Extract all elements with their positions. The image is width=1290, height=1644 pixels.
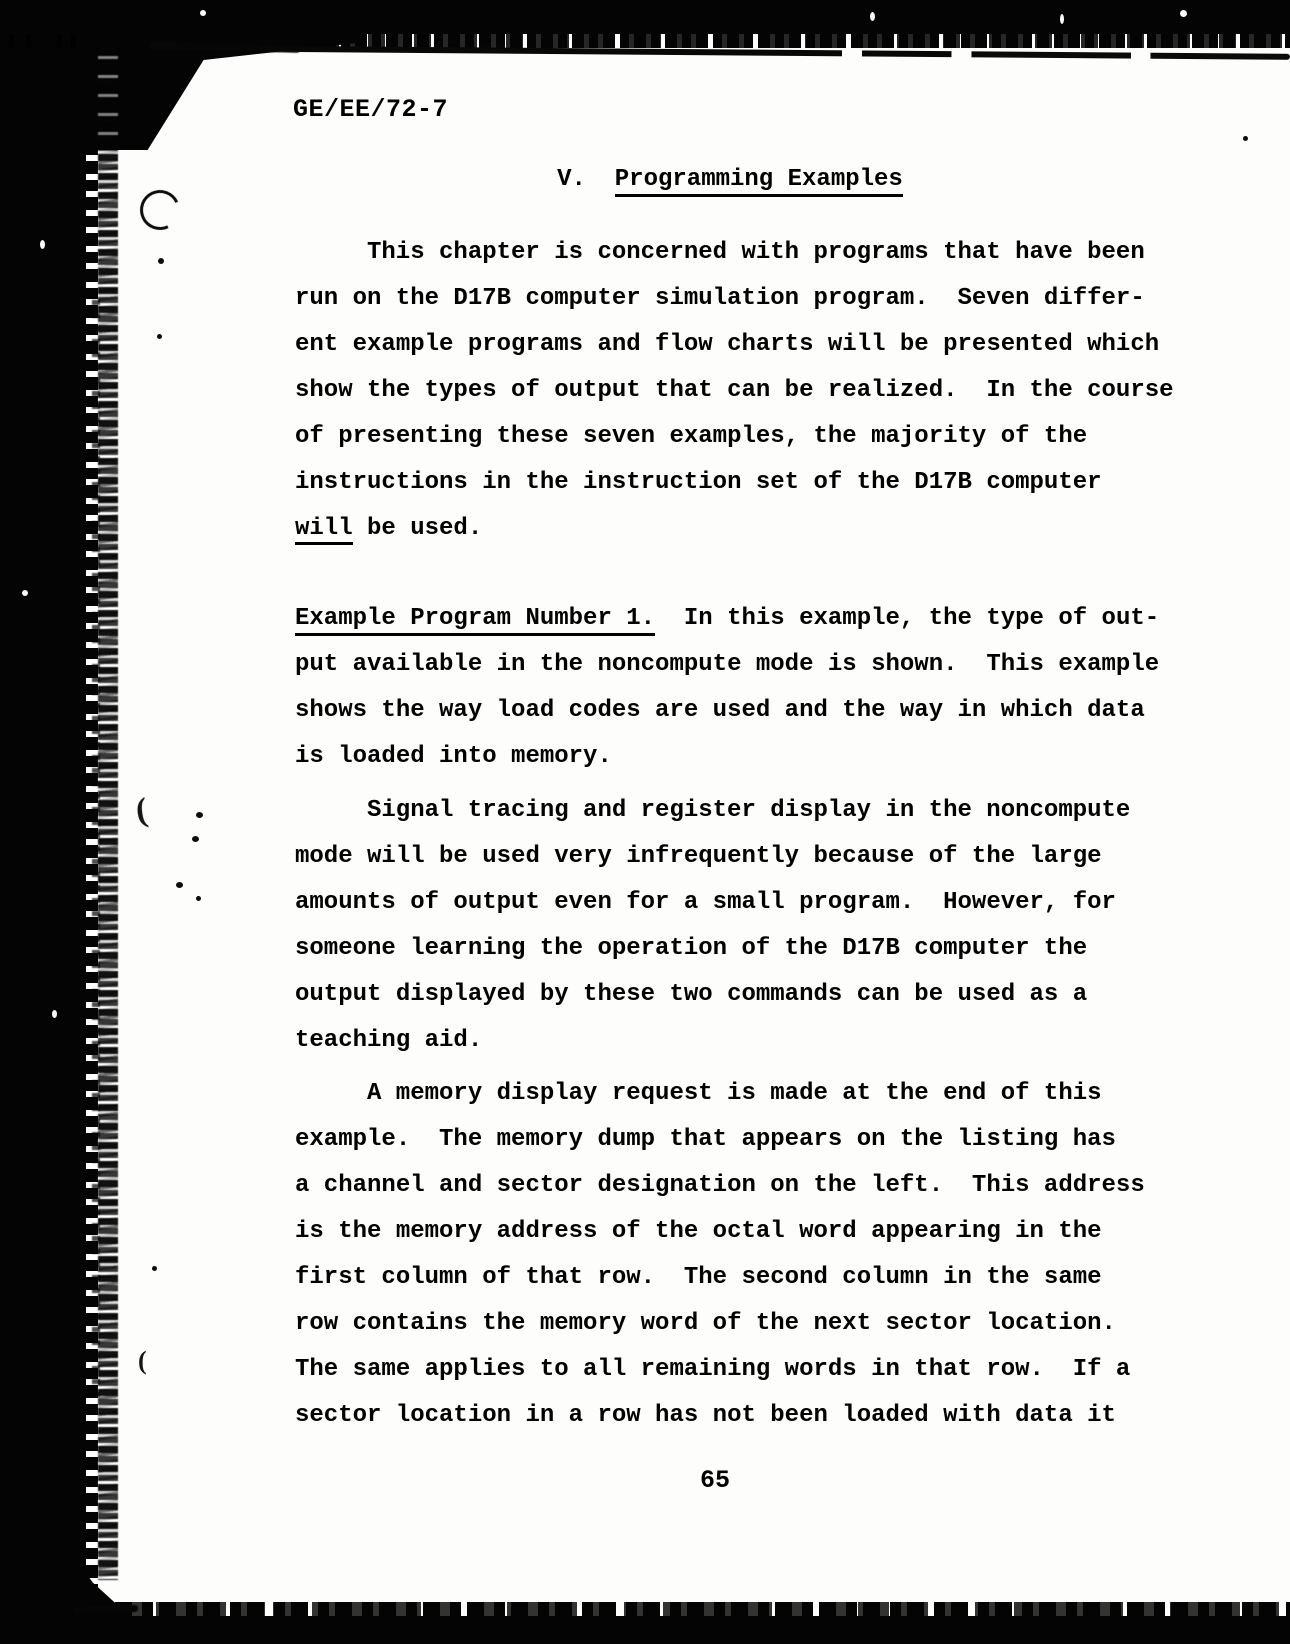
ink-speck bbox=[192, 836, 199, 842]
body-line: put available in the noncompute mode is … bbox=[295, 642, 1195, 688]
body-line: Signal tracing and register display in t… bbox=[295, 788, 1195, 834]
scan-border-bottom-ragged-edge bbox=[0, 1602, 1290, 1616]
ink-speck bbox=[176, 882, 183, 888]
white-speck bbox=[52, 1010, 57, 1018]
white-speck bbox=[870, 12, 875, 21]
body-line: Example Program Number 1. In this exampl… bbox=[295, 596, 1195, 642]
body-line: A memory display request is made at the … bbox=[295, 1071, 1195, 1117]
body-line: a channel and sector designation on the … bbox=[295, 1163, 1195, 1209]
paragraph-2: Example Program Number 1. In this exampl… bbox=[295, 596, 1195, 780]
body-line: is loaded into memory. bbox=[295, 734, 1195, 780]
body-line: sector location in a row has not been lo… bbox=[295, 1393, 1195, 1439]
paragraph-4: A memory display request is made at the … bbox=[295, 1071, 1195, 1439]
ink-speck bbox=[157, 334, 162, 339]
ink-speck bbox=[1243, 136, 1248, 141]
body-line: amounts of output even for a small progr… bbox=[295, 880, 1195, 926]
body-line: is the memory address of the octal word … bbox=[295, 1209, 1195, 1255]
white-speck bbox=[22, 590, 28, 596]
body-line: row contains the memory word of the next… bbox=[295, 1301, 1195, 1347]
stray-paren-mark: ( bbox=[138, 1346, 147, 1376]
body-line: of presenting these seven examples, the … bbox=[295, 414, 1195, 460]
scan-noise-strip bbox=[98, 40, 118, 1580]
white-speck bbox=[40, 240, 45, 249]
body-line: show the types of output that can be rea… bbox=[295, 368, 1195, 414]
paragraph-3: Signal tracing and register display in t… bbox=[295, 788, 1195, 1064]
body-line: teaching aid. bbox=[295, 1018, 1195, 1064]
scanned-page: GE/EE/72-7 V. Programming Examples This … bbox=[0, 0, 1290, 1644]
body-line: run on the D17B computer simulation prog… bbox=[295, 276, 1195, 322]
scan-noise-strip-inner bbox=[92, 300, 100, 1400]
underlined-word: will bbox=[295, 515, 353, 545]
ink-speck bbox=[158, 258, 164, 264]
white-speck bbox=[200, 10, 206, 16]
body-line: mode will be used very infrequently beca… bbox=[295, 834, 1195, 880]
body-line: will be used. bbox=[295, 506, 1195, 552]
chapter-title: V. Programming Examples bbox=[295, 157, 1165, 203]
white-speck bbox=[1180, 10, 1187, 17]
body-line: shows the way load codes are used and th… bbox=[295, 688, 1195, 734]
scan-border-bottom bbox=[0, 1616, 1290, 1644]
body-line: The same applies to all remaining words … bbox=[295, 1347, 1195, 1393]
body-line: instructions in the instruction set of t… bbox=[295, 460, 1195, 506]
body-line: someone learning the operation of the D1… bbox=[295, 926, 1195, 972]
page-content: GE/EE/72-7 V. Programming Examples This … bbox=[0, 0, 1290, 1644]
ink-speck bbox=[152, 1266, 157, 1271]
body-line: ent example programs and flow charts wil… bbox=[295, 322, 1195, 368]
ink-speck bbox=[196, 812, 203, 818]
example-heading: Example Program Number 1. bbox=[295, 605, 655, 636]
body-line: first column of that row. The second col… bbox=[295, 1255, 1195, 1301]
chapter-title-text: Programming Examples bbox=[615, 166, 903, 197]
body-line: output displayed by these two commands c… bbox=[295, 972, 1195, 1018]
document-id: GE/EE/72-7 bbox=[293, 87, 448, 133]
body-line: This chapter is concerned with programs … bbox=[295, 230, 1195, 276]
paragraph-1: This chapter is concerned with programs … bbox=[295, 230, 1195, 552]
body-line: example. The memory dump that appears on… bbox=[295, 1117, 1195, 1163]
page-number: 65 bbox=[295, 1466, 1135, 1495]
chapter-number: V. bbox=[557, 166, 586, 193]
white-speck bbox=[1060, 14, 1064, 24]
ink-speck bbox=[196, 896, 201, 901]
